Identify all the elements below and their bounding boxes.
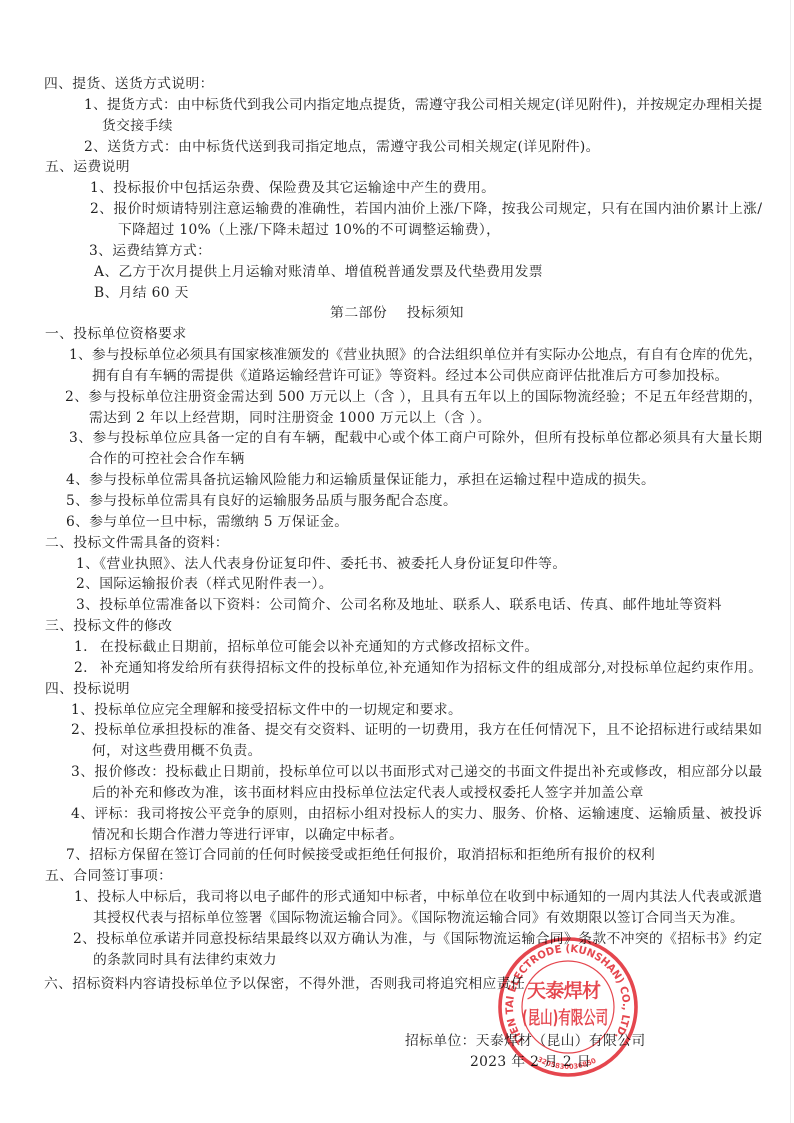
document-page: 四、提货、送货方式说明： 1、提货方式：由中标货代到我公司内指定地点提货，需遵守… [0,0,794,1123]
list-item-line: 需达到 2 年以上经营期，同时注册资金 1000 万元以上（含 ）。 [89,408,491,428]
list-item-line: 5、参与投标单位需具有良好的运输服务品质与服务配合态度。 [66,491,457,511]
list-item-line: 3、报价修改：投标截止日期前，投标单位可以以书面形式对己递交的书面文件提出补充或… [71,762,762,782]
list-item-number: 1. [74,637,88,657]
seal-center-line-1: 天泰焊材 [527,979,601,1002]
list-item-line: 补充通知将发给所有获得招标文件的投标单位,补充通知作为招标文件的组成部分,对投标… [100,658,762,678]
issuer-signature: 招标单位：天泰焊材（昆山）有限公司 [405,1031,646,1051]
list-item-line: 7、招标方保留在签订合同前的任何时候接受或拒绝任何报价，取消招标和拒绝所有报价的… [66,845,655,865]
list-item-line: 2、投标单位承诺并同意投标结果最终以双方确认为准，与《国际物流运输合同》条款不冲… [73,929,762,949]
section-heading-documents: 二、投标文件需具备的资料： [45,533,229,553]
issue-date: 2023 年 2 月 2 日 [470,1052,591,1072]
list-item-line: 1、投标单位应完全理解和接受招标文件中的一切规定和要求。 [71,700,462,720]
list-item-line: 2、投标单位承担投标的准备、提交有交资料、证明的一切费用，我方在任何情况下，且不… [71,720,762,740]
list-item-line: 4、参与投标单位需具备抗运输风险能力和运输质量保证能力，承担在运输过程中造成的损… [66,470,655,490]
seal-center-line-2: (昆山)有限公司 [522,1007,608,1028]
list-item-line: 3、投标单位需准备以下资料：公司简介、公司名称及地址、联系人、联系电话、传真、邮… [76,595,722,615]
list-item-line: 4、评标：我司将按公平竞争的原则，由招标小组对投标人的实力、服务、价格、运输速度… [71,804,762,824]
list-item-line: 1、《营业执照》、法人代表身份证复印件、委托书、被委托人身份证复印件等。 [76,554,566,574]
list-item-line: 3、运费结算方式： [89,241,211,261]
list-item-line: 其授权代表与招标单位签署《国际物流运输合同》。《国际物流运输合同》有效期限以签订… [93,908,744,928]
list-item-line: 2、送货方式：由中标货代送到我司指定地点，需遵守我公司相关规定(详见附件)。 [84,137,600,157]
part-two-title: 第二部份 投标须知 [0,303,794,323]
list-item-line: 1、投标报价中包括运杂费、保险费及其它运输途中产生的费用。 [90,178,495,198]
section-heading-contract: 五、合同签订事项： [45,866,172,886]
list-item-line: 下降超过 10%（上涨/下降未超过 10%的不可调整运输费）， [118,220,500,240]
list-item-line: 1、参与投标单位必须具有国家核准颁发的《营业执照》的合法组织单位并有实际办公地点… [69,345,762,365]
list-item-line: B、月结 60 天 [94,283,189,303]
list-item-line: 1、提货方式：由中标货代到我公司内指定地点提货，需遵守我公司相关规定(详见附件)… [84,95,762,115]
section-heading-qualification: 一、投标单位资格要求 [45,324,186,344]
list-item-line: 2、参与投标单位注册资金需达到 500 万元以上（含 ），且具有五年以上的国际物… [65,387,762,407]
list-item-line: 在投标截止日期前，招标单位可能会以补充通知的方式修改招标文件。 [100,637,539,657]
list-item-line: 2、国际运输报价表（样式见附件表一）。 [76,574,333,594]
list-item-number: 2. [74,658,88,678]
list-item-line: 合作的可控社会合作车辆 [89,449,245,469]
section-heading-freight: 五、运费说明 [45,157,130,177]
list-item-line: 1、投标人中标后，我司将以电子邮件的形式通知中标者，中标单位在收到中标通知的一周… [74,887,762,907]
list-item-line: 何，对这些费用概不负责。 [92,741,262,761]
list-item-line: 拥有自有车辆的需提供《道路运输经营许可证》等资料。经过本公司供应商评估批准后方可… [92,366,729,386]
list-item-line: 情况和长期合作潜力等进行评审，以确定中标者。 [92,825,403,845]
list-item-line: A、乙方于次月提供上月运输对账清单、增值税普通发票及代垫费用发票 [94,262,543,282]
scan-edge-line [790,0,791,1123]
list-item-line: 的条款同时具有法律约束效力 [93,950,277,970]
list-item-line: 2、报价时烦请特别注意运输费的准确性，若国内油价上涨/下降，按我公司规定，只有在… [90,199,762,219]
list-item-line: 3、参与投标单位应具备一定的自有车辆，配载中心或个体工商户可除外，但所有投标单位… [69,428,762,448]
section-heading-amendment: 三、投标文件的修改 [45,616,172,636]
list-item-line: 货交接手续 [102,116,173,136]
section-heading-bidding-notes: 四、投标说明 [45,679,130,699]
section-heading-confidentiality: 六、招标资料内容请投标单位予以保密，不得外泄，否则我司将追究相应责任 [44,974,525,994]
section-heading-delivery: 四、提货、送货方式说明： [44,74,214,94]
list-item-line: 6、参与单位一旦中标，需缴纳 5 万保证金。 [66,512,348,532]
list-item-line: 后的补充和修改为准，该书面材料应由投标单位法定代表人或授权委托人签字并加盖公章 [92,783,644,803]
